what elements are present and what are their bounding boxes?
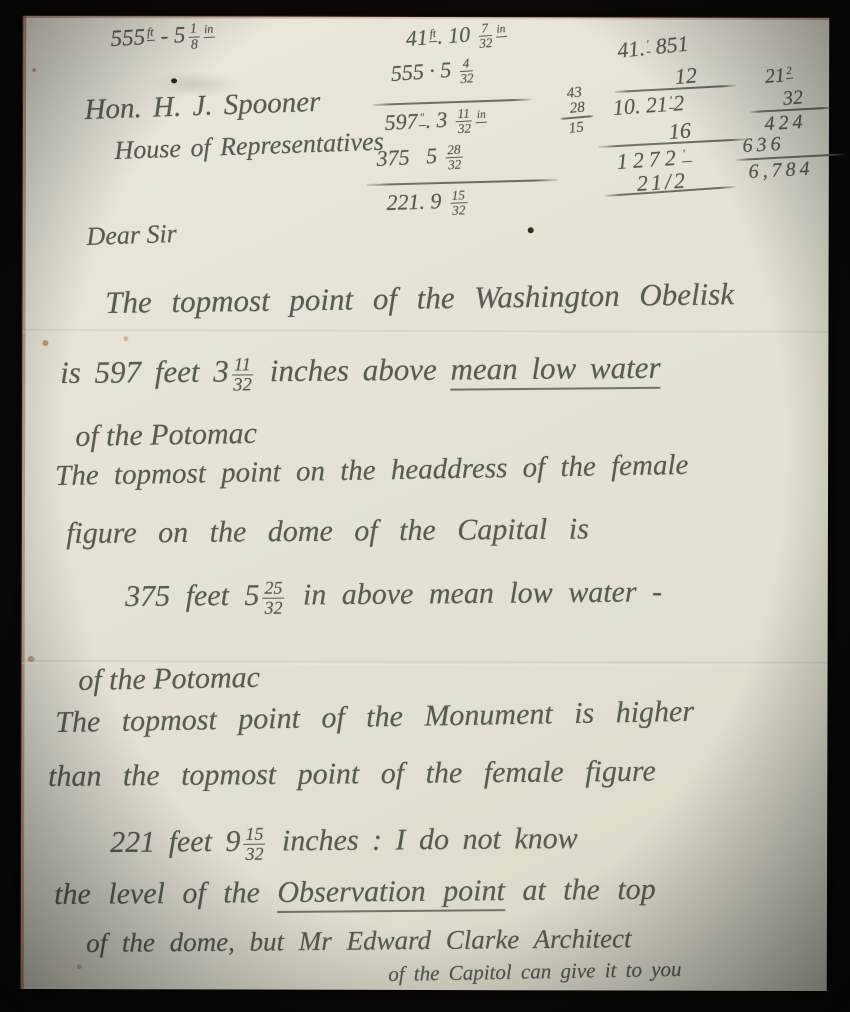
fraction: 2532 [262, 579, 284, 618]
segment-text: of the Potomac [78, 661, 260, 697]
superscript-unit: in [203, 22, 215, 39]
body-line-13: of the Capitol can give it to you [388, 957, 682, 987]
fraction: 18 [188, 22, 200, 52]
segment-text: 21 [764, 64, 786, 88]
superscript-unit: 2 [785, 66, 793, 80]
segment-text: 555 [110, 24, 146, 51]
body-line-4: The topmost point on the headdress of th… [55, 449, 689, 493]
superscript-unit: in [495, 23, 507, 38]
segment-text: in above mean low water - [287, 575, 662, 611]
fraction-denominator: 32 [479, 36, 493, 51]
segment-text: is 597 feet 3 [60, 354, 229, 390]
address-line-1: Hon. H. J. Spooner [84, 86, 321, 127]
segment-text: of the Capitol can give it to you [388, 957, 682, 986]
body-line-11: the level of the Observation point at th… [54, 873, 656, 912]
fraction: 1132 [455, 106, 473, 136]
calc-far-row-1: 212 [764, 64, 794, 89]
segment-text: 851 [649, 31, 690, 60]
calc-small-row-3: 15 [568, 119, 585, 137]
segment-text: The topmost point of the Washington Obel… [105, 276, 734, 320]
superscript-unit: ′ [681, 147, 691, 162]
segment-text: 12 [674, 62, 698, 88]
sum-line-mid-1 [372, 98, 532, 106]
body-line-7: of the Potomac [78, 661, 260, 698]
segment-text: 221 feet 9 [110, 825, 241, 859]
body-line-6: 375 feet 52532 in above mean low water - [125, 575, 662, 619]
segment-text: 32 [782, 86, 804, 110]
underlined-text: Observation point [277, 874, 505, 913]
fraction-denominator: 32 [446, 157, 464, 172]
segment-text: figure on the dome of the Capital is [66, 512, 589, 550]
segment-text: 28 [569, 99, 586, 116]
sum-line-mid-2 [366, 179, 558, 186]
segment-text: Hon. H. J. Spooner [84, 86, 321, 126]
segment-text: 555 · 5 [390, 56, 458, 86]
fraction-denominator: 32 [262, 599, 284, 618]
segment-text: 597 [384, 108, 418, 135]
superscript-unit: in [476, 108, 488, 123]
segment-text: - 5 [154, 22, 186, 49]
fraction: 732 [478, 21, 493, 51]
calc-right-row-1: 41.′ 851 [616, 31, 690, 64]
segment-text: 2 [672, 90, 685, 116]
segment-text: 424 [764, 111, 807, 135]
fraction-denominator: 32 [460, 71, 474, 86]
segment-text: 375 5 [376, 143, 443, 171]
fraction: 432 [459, 56, 474, 86]
segment-text: The topmost point on the headdress of th… [55, 449, 689, 492]
segment-text: Dear Sir [86, 219, 177, 251]
fraction-denominator: 32 [450, 203, 468, 217]
calc-mid-row-5: 221. 9 1532 [386, 187, 471, 219]
segment-text: 41 [405, 24, 429, 50]
fraction: 1132 [232, 355, 254, 395]
address-line-2: House of Representatives [114, 127, 384, 166]
segment-text: of the dome, but Mr Edward Clarke Archit… [86, 923, 632, 958]
segment-text: 375 feet 5 [125, 579, 260, 613]
fraction: 1532 [243, 825, 265, 864]
segment-text: inches above [256, 352, 451, 389]
fraction: 2832 [445, 142, 464, 172]
segment-text: at the top [505, 873, 656, 907]
body-line-1: The topmost point of the Washington Obel… [105, 276, 734, 321]
segment-text: . 10 [436, 21, 476, 49]
segment-text: 15 [568, 119, 585, 136]
segment-text: 10. 21 [612, 91, 669, 120]
body-line-8: The topmost point of the Monument is hig… [55, 695, 694, 740]
segment-text: 221. 9 [386, 188, 447, 215]
calc-mid-row-3: 597″. 3 1132in [384, 105, 488, 140]
segment-text: 6,784 [748, 158, 814, 183]
fraction-numerator: 15 [243, 825, 265, 845]
segment-text: inches : I do not know [268, 822, 578, 858]
segment-text: 41. [616, 35, 646, 63]
handwriting-layer: 555ft - 518inHon. H. J. SpoonerHouse of … [0, 0, 850, 1012]
fraction-numerator: 15 [449, 188, 467, 203]
salutation: Dear Sir [86, 219, 177, 252]
fraction-numerator: 1 [188, 22, 200, 38]
segment-text: . 3 [425, 106, 454, 132]
segment-text: the level of the [54, 876, 278, 911]
calc-far-row-2: 32 [782, 86, 804, 111]
body-line-12: of the dome, but Mr Edward Clarke Archit… [86, 923, 632, 959]
fraction-numerator: 11 [232, 355, 253, 376]
body-line-9: than the topmost point of the female fig… [48, 755, 656, 794]
segment-text: 636 [742, 133, 785, 157]
fraction-numerator: 25 [262, 579, 284, 599]
segment-text: 16 [668, 117, 692, 143]
body-line-3: of the Potomac [75, 417, 257, 454]
calc-mid-row-1: 41ft. 10 732in [405, 19, 508, 55]
fraction-denominator: 8 [189, 37, 201, 52]
calc-far-row-3: 424 [764, 111, 807, 136]
body-line-2: is 597 feet 31132 inches above mean low … [60, 350, 661, 397]
segment-text: House of Representatives [114, 127, 384, 165]
fraction-denominator: 32 [243, 845, 265, 864]
calc-far-row-4: 636 [742, 133, 785, 158]
fraction-denominator: 32 [456, 121, 473, 136]
segment-text: of the Potomac [75, 417, 257, 453]
body-line-5: figure on the dome of the Capital is [66, 512, 589, 551]
fraction-denominator: 32 [232, 376, 253, 396]
calc-right-row-3: 10. 21′2 [612, 90, 685, 121]
calc-mid-row-4: 375 5 2832 [376, 141, 467, 175]
segment-text: than the topmost point of the female fig… [48, 755, 656, 793]
segment-text: The topmost point of the Monument is hig… [55, 695, 694, 739]
calc-far-row-5: 6,784 [748, 158, 814, 184]
fraction: 1532 [449, 188, 467, 217]
body-line-10: 221 feet 91532 inches : I do not know [110, 822, 578, 865]
note-monument-height: 555ft - 518in [110, 21, 215, 57]
calc-mid-row-2: 555 · 5 432 [390, 55, 477, 90]
underlined-text: mean low water [450, 350, 660, 391]
photo-background: 555ft - 518inHon. H. J. SpoonerHouse of … [0, 0, 850, 1012]
